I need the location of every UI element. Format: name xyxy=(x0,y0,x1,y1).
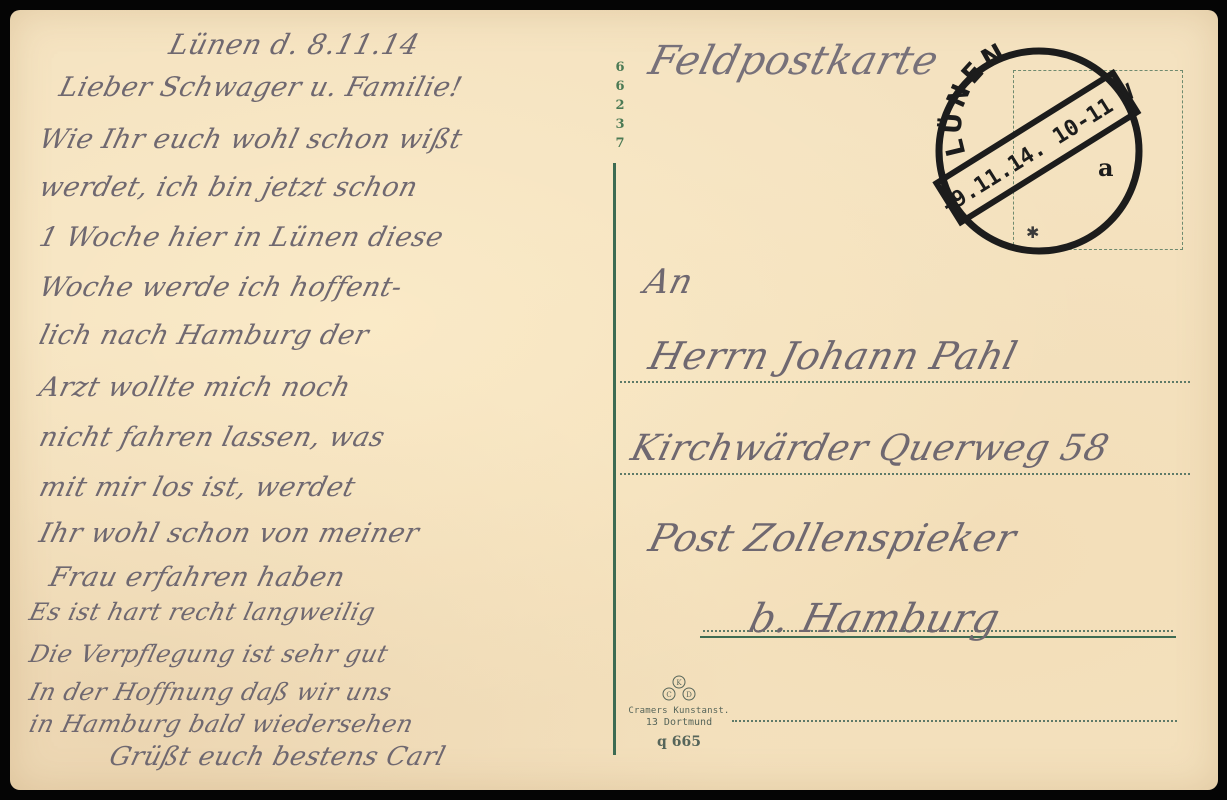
address-dotted-line xyxy=(620,473,1190,475)
digit: 6 xyxy=(613,77,627,96)
publisher-imprint: K C D Cramers Kunstanst. 13 Dortmund q 6… xyxy=(619,674,739,750)
digit: 2 xyxy=(613,96,627,115)
heading-feldpostkarte: Feldpostkarte xyxy=(644,38,943,84)
message-line: nicht fahren lassen, was xyxy=(36,422,388,453)
digit: 7 xyxy=(613,134,627,153)
address-dotted-line xyxy=(732,720,1177,722)
svg-text:D: D xyxy=(686,691,692,699)
svg-text:K: K xyxy=(676,679,682,687)
message-line: In der Hoffnung daß wir uns xyxy=(27,678,395,706)
publisher-number-vertical: 6 6 2 3 7 xyxy=(613,58,627,153)
message-line: Wie Ihr euch wohl schon wißt xyxy=(36,124,465,155)
svg-text:C: C xyxy=(666,691,671,699)
address-prefix: An xyxy=(640,262,697,302)
message-date: Lünen d. 8.11.14 xyxy=(166,28,423,61)
postcard: Lünen d. 8.11.14 Lieber Schwager u. Fami… xyxy=(10,10,1218,790)
message-line: Lieber Schwager u. Familie! xyxy=(56,72,465,103)
message-area: Lünen d. 8.11.14 Lieber Schwager u. Fami… xyxy=(10,10,610,790)
message-line: Woche werde ich hoffent- xyxy=(36,272,406,303)
imprint-code: q 665 xyxy=(619,734,739,750)
svg-text:✱: ✱ xyxy=(1026,223,1039,242)
digit: 6 xyxy=(613,58,627,77)
address-line-street: Kirchwärder Querweg 58 xyxy=(627,428,1113,469)
postmark-icon: -9.11.14. 10-11 V LÜNEN a ✱ xyxy=(930,42,1148,260)
message-line: Arzt wollte mich noch xyxy=(36,372,354,403)
imprint-publisher: Cramers Kunstanst. xyxy=(619,706,739,716)
publisher-logo-icon: K C D xyxy=(656,674,702,704)
address-line-post: Post Zollenspieker xyxy=(645,516,1021,560)
center-divider-line xyxy=(613,163,616,755)
message-line: Ihr wohl schon von meiner xyxy=(36,518,422,549)
address-line-city: b. Hamburg xyxy=(744,596,1004,642)
message-line: Frau erfahren haben xyxy=(46,562,348,593)
message-line: Die Verpflegung ist sehr gut xyxy=(27,640,392,668)
message-line: in Hamburg bald wiedersehen xyxy=(27,710,417,738)
message-signoff: Grüßt euch bestens Carl xyxy=(106,742,448,772)
address-dotted-line xyxy=(620,381,1190,383)
svg-text:a: a xyxy=(1098,153,1114,182)
address-line-name: Herrn Johann Pahl xyxy=(645,334,1022,378)
message-line: 1 Woche hier in Lünen diese xyxy=(36,222,447,253)
message-line: lich nach Hamburg der xyxy=(36,320,372,351)
digit: 3 xyxy=(613,115,627,134)
message-line: werdet, ich bin jetzt schon xyxy=(36,172,421,203)
message-line: mit mir los ist, werdet xyxy=(36,472,359,503)
imprint-city: 13 Dortmund xyxy=(619,717,739,728)
message-line: Es ist hart recht langweilig xyxy=(27,598,379,626)
